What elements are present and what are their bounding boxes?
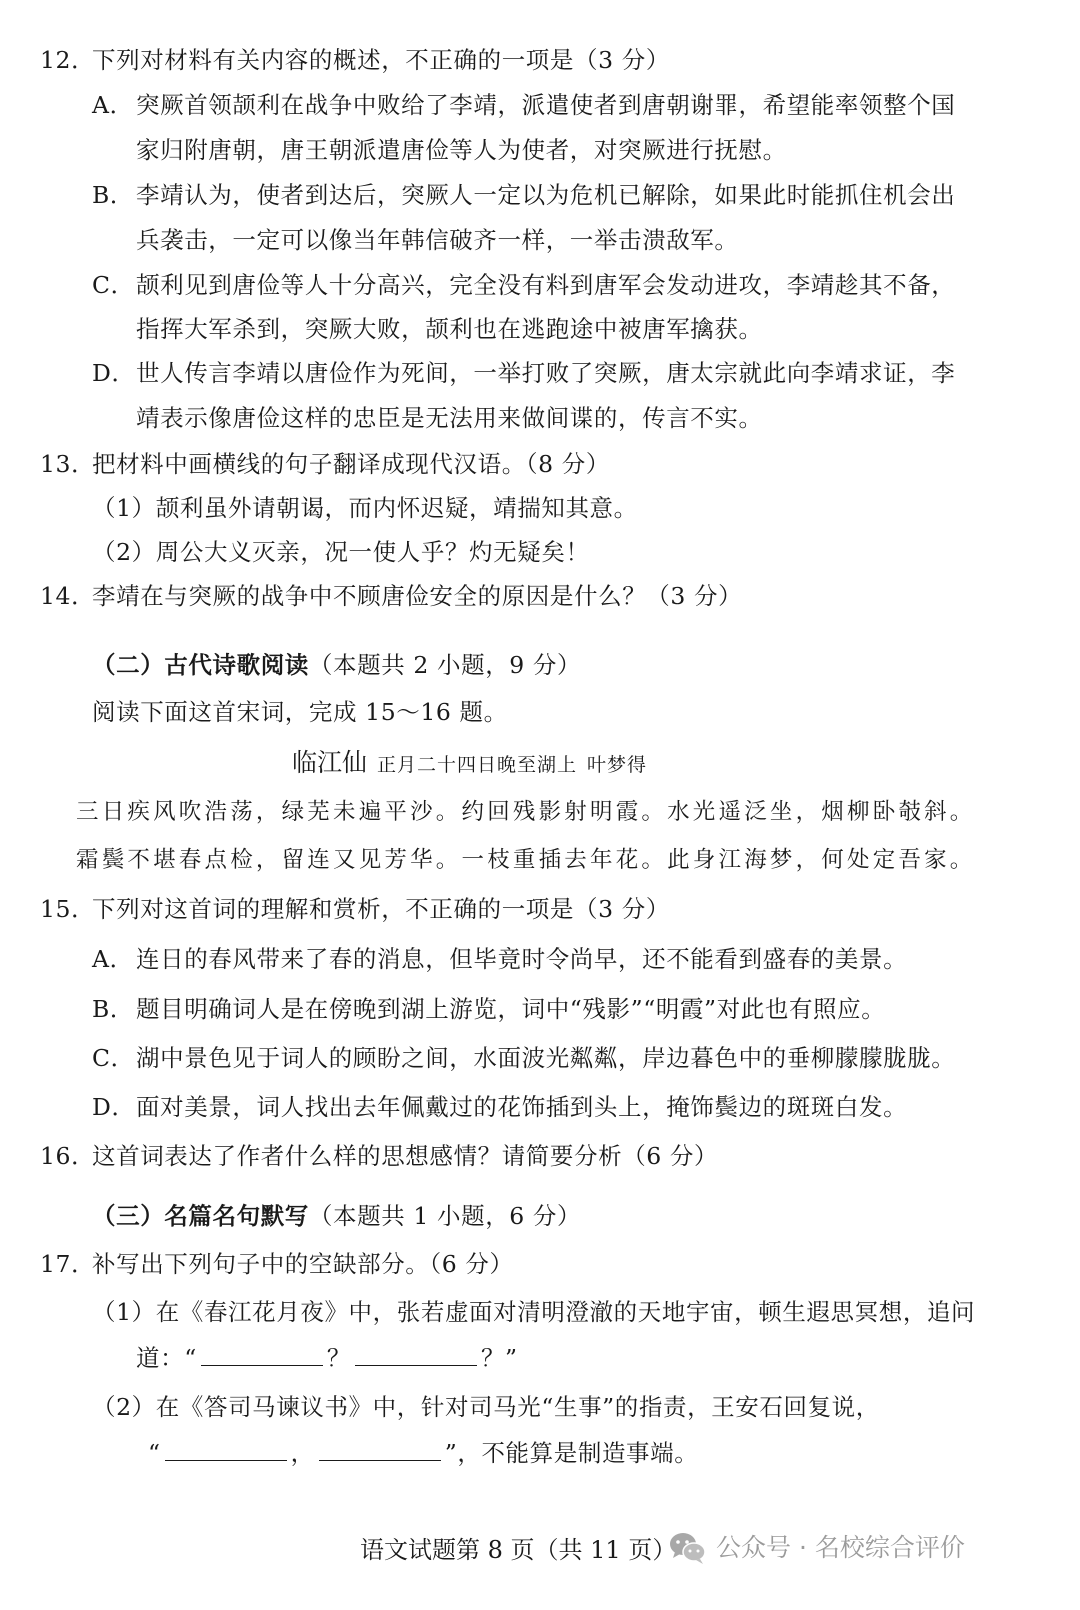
option-label: C． xyxy=(92,1043,136,1073)
text-prefix: “ xyxy=(148,1439,161,1467)
question-number: 15． xyxy=(40,894,92,924)
option-text: 题目明确词人是在傍晚到湖上游览，词中“残影”“明霞”对此也有照应。 xyxy=(136,995,885,1023)
poem-title-line: 临江仙正月二十四日晚至湖上叶梦得 xyxy=(292,748,647,780)
poem-line-1: 三日疾风吹浩荡，绿芜未遍平沙。约回残影射明霞。水光遥泛坐，烟柳卧攲斜。 xyxy=(76,797,976,827)
text-prefix: 道：“ xyxy=(136,1344,197,1372)
question-14: 14．李靖在与突厥的战争中不顾唐俭安全的原因是什么？（3 分） xyxy=(40,581,742,611)
wechat-icon xyxy=(668,1530,708,1566)
option-label: D． xyxy=(92,358,136,388)
section-2-instruction: 阅读下面这首宋词，完成 15～16 题。 xyxy=(92,697,508,727)
watermark: 公众号 · 名校综合评价 xyxy=(668,1530,965,1566)
q15-option-d: D．面对美景，词人找出去年佩戴过的花饰插到头上，掩饰鬓边的斑斑白发。 xyxy=(92,1092,907,1122)
question-stem: 这首词表达了作者什么样的思想感情？请简要分析（6 分） xyxy=(92,1142,718,1170)
option-b: B．李靖认为，使者到达后，突厥人一定以为危机已解除，如果此时能抓住机会出 xyxy=(92,180,955,210)
option-text: 世人传言李靖以唐俭作为死间，一举打败了突厥，唐太宗就此向李靖求证，李 xyxy=(136,359,955,387)
poem-subtitle: 正月二十四日晚至湖上 xyxy=(377,754,577,776)
answer-blank-3[interactable] xyxy=(165,1438,287,1461)
option-c-continuation: 指挥大军杀到，突厥大败，颉利也在逃跑途中被唐军擒获。 xyxy=(136,314,763,344)
option-d: D．世人传言李靖以唐俭作为死间，一举打败了突厥，唐太宗就此向李靖求证，李 xyxy=(92,358,955,388)
option-text: 连日的春风带来了春的消息，但毕竟时令尚早，还不能看到盛春的美景。 xyxy=(136,945,907,973)
poem-author: 叶梦得 xyxy=(587,754,647,776)
q13-item-1: （1）颉利虽外请朝谒，而内怀迟疑，靖揣知其意。 xyxy=(92,493,638,523)
q17-item-1-answer-line: 道：“？？” xyxy=(136,1343,518,1373)
question-stem: 下列对材料有关内容的概述，不正确的一项是（3 分） xyxy=(92,46,670,74)
q13-item-2: （2）周公大义灭亲，况一使人乎？灼无疑矣！ xyxy=(92,537,590,567)
question-stem: 补写出下列句子中的空缺部分。（6 分） xyxy=(92,1250,514,1278)
option-c: C．颉利见到唐俭等人十分高兴，完全没有料到唐军会发动进攻，李靖趁其不备， xyxy=(92,270,955,300)
answer-blank-2[interactable] xyxy=(355,1343,477,1366)
q15-option-a: A．连日的春风带来了春的消息，但毕竟时令尚早，还不能看到盛春的美景。 xyxy=(92,944,907,974)
question-number: 16． xyxy=(40,1141,92,1171)
question-15: 15．下列对这首词的理解和赏析，不正确的一项是（3 分） xyxy=(40,894,670,924)
section-2-heading: （二）古代诗歌阅读（本题共 2 小题，9 分） xyxy=(92,650,581,680)
question-number: 17． xyxy=(40,1249,92,1279)
option-text: 湖中景色见于词人的顾盼之间，水面波光粼粼，岸边暮色中的垂柳朦朦胧胧。 xyxy=(136,1044,955,1072)
q17-item-2: （2）在《答司马谏议书》中，针对司马光“生事”的指责，王安石回复说， xyxy=(92,1392,880,1422)
question-13: 13．把材料中画横线的句子翻译成现代汉语。（8 分） xyxy=(40,449,610,479)
question-17: 17．补写出下列句子中的空缺部分。（6 分） xyxy=(40,1249,514,1279)
section-note: （本题共 2 小题，9 分） xyxy=(309,651,581,679)
section-3-heading: （三）名篇名句默写（本题共 1 小题，6 分） xyxy=(92,1201,581,1231)
option-text: 李靖认为，使者到达后，突厥人一定以为危机已解除，如果此时能抓住机会出 xyxy=(136,181,955,209)
section-note: （本题共 1 小题，6 分） xyxy=(309,1202,581,1230)
section-title: （三）名篇名句默写 xyxy=(92,1202,309,1230)
answer-blank-4[interactable] xyxy=(319,1438,441,1461)
text-suffix: ？” xyxy=(481,1344,518,1372)
option-label: D． xyxy=(92,1092,136,1122)
q17-item-2-answer-line: “，”，不能算是制造事端。 xyxy=(148,1438,698,1468)
option-label: B． xyxy=(92,994,136,1024)
option-a: A．突厥首领颉利在战争中败给了李靖，派遣使者到唐朝谢罪，希望能率领整个国 xyxy=(92,90,955,120)
question-number: 14． xyxy=(40,581,92,611)
section-title: （二）古代诗歌阅读 xyxy=(92,651,309,679)
page-footer: 语文试题第 8 页（共 11 页） xyxy=(360,1535,676,1565)
poem-title: 临江仙 xyxy=(292,748,367,777)
option-label: A． xyxy=(92,90,136,120)
option-a-continuation: 家归附唐朝，唐王朝派遣唐俭等人为使者，对突厥进行抚慰。 xyxy=(136,135,787,165)
option-label: B． xyxy=(92,180,136,210)
question-stem: 把材料中画横线的句子翻译成现代汉语。（8 分） xyxy=(92,450,610,478)
option-label: C． xyxy=(92,270,136,300)
text-separator: ， xyxy=(291,1439,315,1467)
poem-line-2: 霜鬓不堪春点检，留连又见芳华。一枝重插去年花。此身江海梦，何处定吾家。 xyxy=(76,845,976,875)
watermark-text: 公众号 · 名校综合评价 xyxy=(716,1530,965,1566)
text-suffix: ”，不能算是制造事端。 xyxy=(445,1439,699,1467)
question-number: 12． xyxy=(40,45,92,75)
text-separator: ？ xyxy=(327,1344,351,1372)
option-text: 颉利见到唐俭等人十分高兴，完全没有料到唐军会发动进攻，李靖趁其不备， xyxy=(136,271,955,299)
q17-item-1: （1）在《春江花月夜》中，张若虚面对清明澄澈的天地宇宙，顿生遐思冥想，追问 xyxy=(92,1297,975,1327)
question-stem: 李靖在与突厥的战争中不顾唐俭安全的原因是什么？（3 分） xyxy=(92,582,742,610)
answer-blank-1[interactable] xyxy=(201,1343,323,1366)
q15-option-b: B．题目明确词人是在傍晚到湖上游览，词中“残影”“明霞”对此也有照应。 xyxy=(92,994,885,1024)
question-16: 16．这首词表达了作者什么样的思想感情？请简要分析（6 分） xyxy=(40,1141,718,1171)
option-label: A． xyxy=(92,944,136,974)
option-text: 突厥首领颉利在战争中败给了李靖，派遣使者到唐朝谢罪，希望能率领整个国 xyxy=(136,91,955,119)
question-stem: 下列对这首词的理解和赏析，不正确的一项是（3 分） xyxy=(92,895,670,923)
q15-option-c: C．湖中景色见于词人的顾盼之间，水面波光粼粼，岸边暮色中的垂柳朦朦胧胧。 xyxy=(92,1043,955,1073)
option-b-continuation: 兵袭击，一定可以像当年韩信破齐一样，一举击溃敌军。 xyxy=(136,225,739,255)
option-text: 面对美景，词人找出去年佩戴过的花饰插到头上，掩饰鬓边的斑斑白发。 xyxy=(136,1093,907,1121)
option-d-continuation: 靖表示像唐俭这样的忠臣是无法用来做间谍的，传言不实。 xyxy=(136,403,763,433)
question-number: 13． xyxy=(40,449,92,479)
question-12: 12．下列对材料有关内容的概述，不正确的一项是（3 分） xyxy=(40,45,670,75)
